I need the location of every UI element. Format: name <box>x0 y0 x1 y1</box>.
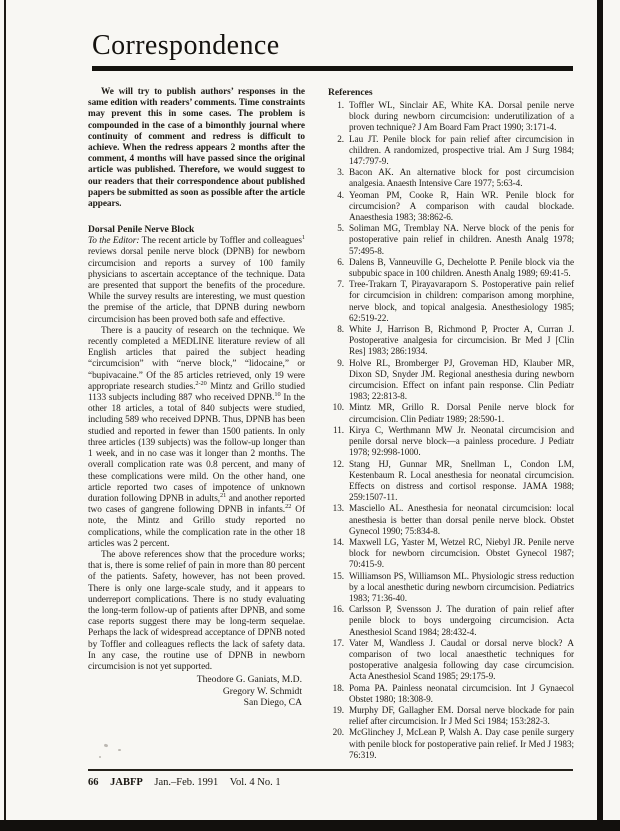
reference-number: 19. <box>328 705 349 727</box>
reference-text: Yeoman PM, Cooke R, Hain WR. Penile bloc… <box>349 190 574 224</box>
reference-number: 14. <box>328 537 349 571</box>
reference-text: Mintz MR, Grillo R. Dorsal Penile nerve … <box>349 402 574 424</box>
reference-number: 8. <box>328 324 349 358</box>
reference-number: 18. <box>328 683 349 705</box>
reference-number: 16. <box>328 604 349 638</box>
reference-item: 13.Masciello AL. Anesthesia for neonatal… <box>328 503 574 537</box>
scan-edge-bottom <box>0 820 620 831</box>
journal-abbreviation: JABFP <box>110 777 143 788</box>
reference-text: White J, Harrison B, Richmond P, Procter… <box>349 324 574 358</box>
reference-item: 20.McGlinchey J, McLean P, Walsh A. Day … <box>328 727 574 761</box>
reference-item: 18.Poma PA. Painless neonatal circumcisi… <box>328 683 574 705</box>
reference-number: 5. <box>328 223 349 257</box>
letter-paragraphs: To the Editor: The recent article by Tof… <box>88 236 305 673</box>
reference-text: Soliman MG, Tremblay NA. Nerve block of … <box>349 223 574 257</box>
reference-item: 17.Vater M, Wandless J. Caudal or dorsal… <box>328 638 574 683</box>
letter-paragraph: To the Editor: The recent article by Tof… <box>88 236 305 326</box>
reference-item: 6.Dalens B, Vanneuville G, Dechelotte P.… <box>328 257 574 279</box>
reference-item: 14.Maxwell LG, Yaster M, Wetzel RC, Nieb… <box>328 537 574 571</box>
reference-number: 4. <box>328 190 349 224</box>
reference-number: 6. <box>328 257 349 279</box>
journal-page: Correspondence We will try to publish au… <box>0 0 620 831</box>
reference-text: Holve RL, Bromberger PJ, Groveman HD, Kl… <box>349 358 574 403</box>
reference-text: Masciello AL. Anesthesia for neonatal ci… <box>349 503 574 537</box>
letter-heading: Dorsal Penile Nerve Block <box>88 224 305 236</box>
reference-text: McGlinchey J, McLean P, Walsh A. Day cas… <box>349 727 574 761</box>
reference-number: 1. <box>328 100 349 134</box>
editor-note: We will try to publish authors’ response… <box>88 87 305 210</box>
reference-text: Williamson PS, Williamson ML. Physiologi… <box>349 571 574 605</box>
reference-item: 1.Toffler WL, Sinclair AE, White KA. Dor… <box>328 100 574 134</box>
reference-number: 11. <box>328 425 349 459</box>
references-heading: References <box>328 87 574 99</box>
signature-line: Theodore G. Ganiats, M.D. <box>88 674 305 686</box>
reference-text: Maxwell LG, Yaster M, Wetzel RC, Niebyl … <box>349 537 574 571</box>
letter-paragraph: The above references show that the proce… <box>88 550 305 673</box>
reference-number: 7. <box>328 279 349 324</box>
two-column-body: We will try to publish authors’ response… <box>88 87 574 761</box>
right-column: References 1.Toffler WL, Sinclair AE, Wh… <box>328 87 574 761</box>
scan-edge-left <box>4 0 6 822</box>
reference-item: 19.Murphy DF, Gallagher EM. Dorsal nerve… <box>328 705 574 727</box>
reference-item: 9.Holve RL, Bromberger PJ, Groveman HD, … <box>328 358 574 403</box>
reference-text: Vater M, Wandless J. Caudal or dorsal ne… <box>349 638 574 683</box>
page-title: Correspondence <box>92 30 280 62</box>
title-rule <box>92 66 573 71</box>
reference-number: 15. <box>328 571 349 605</box>
issue-date: Jan.–Feb. 1991 <box>154 777 218 788</box>
reference-number: 12. <box>328 459 349 504</box>
reference-item: 2.Lau JT. Penile block for pain relief a… <box>328 134 574 168</box>
signature-line: Gregory W. Schmidt <box>88 686 305 698</box>
reference-item: 15.Williamson PS, Williamson ML. Physiol… <box>328 571 574 605</box>
reference-text: Poma PA. Painless neonatal circumcision.… <box>349 683 574 705</box>
volume-issue: Vol. 4 No. 1 <box>230 777 281 788</box>
reference-number: 17. <box>328 638 349 683</box>
references-list: 1.Toffler WL, Sinclair AE, White KA. Dor… <box>328 100 574 761</box>
reference-number: 20. <box>328 727 349 761</box>
reference-number: 13. <box>328 503 349 537</box>
reference-text: Tree-Trakarn T, Pirayavaraporn S. Postop… <box>349 279 574 324</box>
reference-number: 3. <box>328 167 349 189</box>
reference-item: 10.Mintz MR, Grillo R. Dorsal Penile ner… <box>328 402 574 424</box>
reference-item: 11.Kirya C, Werthmann MW Jr. Neonatal ci… <box>328 425 574 459</box>
reference-text: Lau JT. Penile block for pain relief aft… <box>349 134 574 168</box>
reference-text: Kirya C, Werthmann MW Jr. Neonatal circu… <box>349 425 574 459</box>
reference-number: 2. <box>328 134 349 168</box>
reference-item: 4.Yeoman PM, Cooke R, Hain WR. Penile bl… <box>328 190 574 224</box>
signature-line: San Diego, CA <box>88 697 305 709</box>
signature-block: Theodore G. Ganiats, M.D.Gregory W. Schm… <box>88 674 305 709</box>
reference-number: 10. <box>328 402 349 424</box>
letter-salutation: To the Editor: <box>88 236 139 246</box>
reference-item: 3.Bacon AK. An alternative block for pos… <box>328 167 574 189</box>
page-number: 66 <box>88 777 99 788</box>
reference-text: Dalens B, Vanneuville G, Dechelotte P. P… <box>349 257 574 279</box>
reference-text: Carlsson P, Svensson J. The duration of … <box>349 604 574 638</box>
reference-item: 5.Soliman MG, Tremblay NA. Nerve block o… <box>328 223 574 257</box>
reference-item: 8.White J, Harrison B, Richmond P, Proct… <box>328 324 574 358</box>
reference-text: Bacon AK. An alternative block for post … <box>349 167 574 189</box>
reference-text: Murphy DF, Gallagher EM. Dorsal nerve bl… <box>349 705 574 727</box>
page-footer: 66 JABFP Jan.–Feb. 1991 Vol. 4 No. 1 <box>88 777 573 788</box>
reference-number: 9. <box>328 358 349 403</box>
reference-item: 7.Tree-Trakarn T, Pirayavaraporn S. Post… <box>328 279 574 324</box>
footer-rule <box>88 769 573 771</box>
letter-paragraph: There is a paucity of research on the te… <box>88 326 305 550</box>
scan-edge-right <box>597 0 603 822</box>
reference-text: Stang HJ, Gunnar MR, Snellman L, Condon … <box>349 459 574 504</box>
left-column: We will try to publish authors’ response… <box>88 87 305 761</box>
reference-text: Toffler WL, Sinclair AE, White KA. Dorsa… <box>349 100 574 134</box>
reference-item: 16.Carlsson P, Svensson J. The duration … <box>328 604 574 638</box>
reference-item: 12.Stang HJ, Gunnar MR, Snellman L, Cond… <box>328 459 574 504</box>
